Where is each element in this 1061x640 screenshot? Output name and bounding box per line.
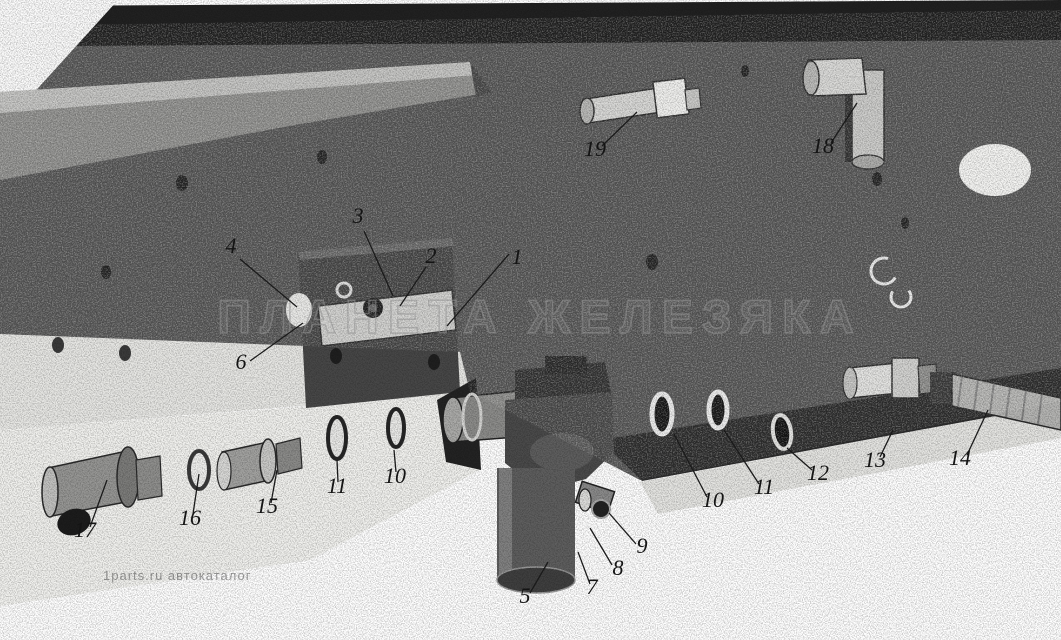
callout-number-18: 18 bbox=[812, 133, 834, 158]
callout-number-17: 17 bbox=[74, 517, 97, 542]
parts-diagram-page: ПЛАНЕТА ЖЕЛЕЗЯКА 1parts.ru автокаталог 1… bbox=[0, 0, 1061, 640]
callout-number-16: 16 bbox=[179, 505, 201, 530]
callout-number-8: 8 bbox=[613, 555, 624, 580]
callout-number-3: 3 bbox=[352, 203, 364, 228]
callout-number-10: 10 bbox=[384, 463, 406, 488]
site-watermark: ПЛАНЕТА ЖЕЛЕЗЯКА bbox=[217, 290, 863, 343]
callout-number-4: 4 bbox=[226, 233, 237, 258]
callout-number-6: 6 bbox=[236, 349, 247, 374]
callout-number-10: 10 bbox=[702, 487, 724, 512]
callout-number-11: 11 bbox=[327, 473, 347, 498]
corner-watermark: 1parts.ru автокаталог bbox=[103, 568, 251, 583]
callout-number-13: 13 bbox=[864, 447, 886, 472]
callout-number-2: 2 bbox=[426, 243, 437, 268]
callout-number-11: 11 bbox=[754, 474, 774, 499]
callout-number-7: 7 bbox=[587, 574, 599, 599]
chassis-frame-illustration: ПЛАНЕТА ЖЕЛЕЗЯКА 1parts.ru автокаталог 1… bbox=[0, 0, 1061, 640]
callout-number-9: 9 bbox=[637, 533, 648, 558]
callout-number-15: 15 bbox=[256, 493, 278, 518]
callout-number-14: 14 bbox=[949, 445, 971, 470]
callout-number-19: 19 bbox=[584, 136, 606, 161]
callout-number-12: 12 bbox=[807, 460, 829, 485]
callout-number-1: 1 bbox=[512, 244, 523, 269]
callout-number-5: 5 bbox=[520, 583, 531, 608]
